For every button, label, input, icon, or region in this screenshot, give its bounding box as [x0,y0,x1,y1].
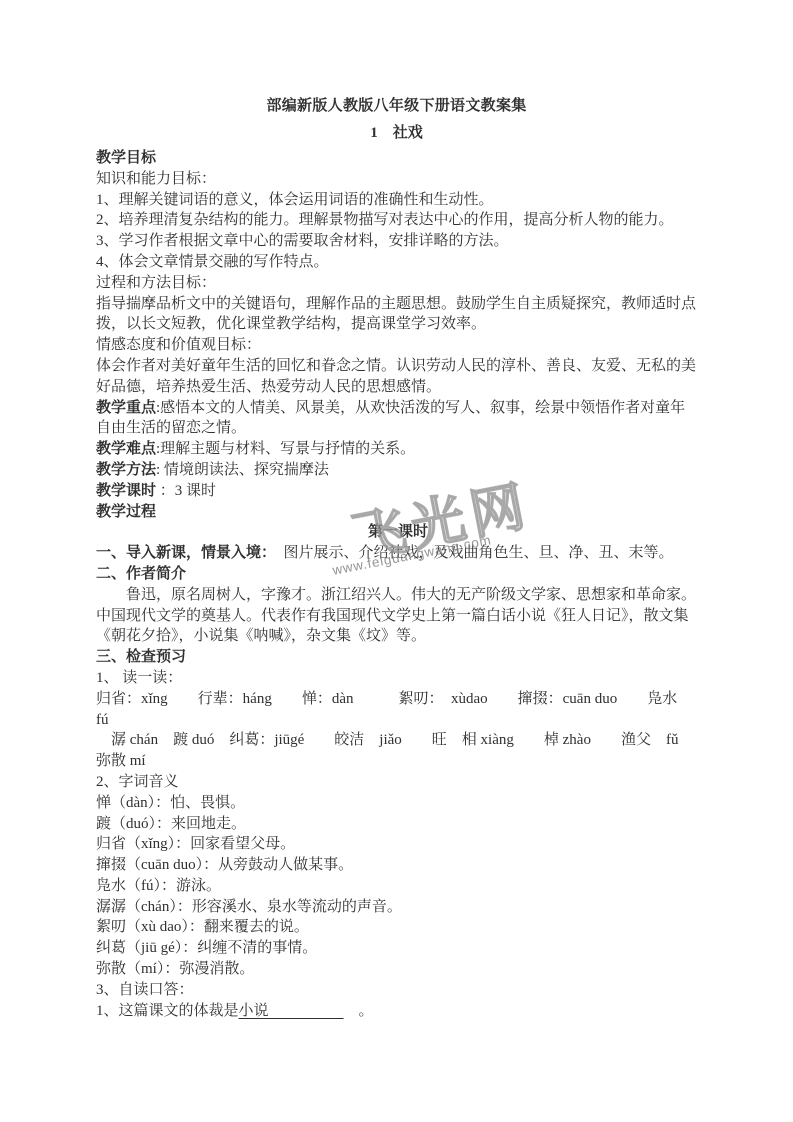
doc-line: 2、培养理清复杂结构的能力。理解景物描写对表达中心的作用，提高分析人物的能力。 [96,210,700,231]
doc-line: 教学目标 [96,148,700,169]
doc-text-segment: 鲁迅，原名周树人，字豫才。浙江绍兴人。伟大的无产阶级文学家、思想家和革命家。 [126,587,696,603]
doc-line: 纠葛（jiū gé）：纠缠不清的事情。 [96,938,700,959]
doc-text-segment: 教学目标 [96,150,156,166]
doc-line: 教学过程 [96,502,700,523]
doc-text-segment: 潺潺（chán）：形容溪水、泉水等流动的声音。 [96,899,402,915]
doc-line: 过程和方法目标： [96,273,700,294]
doc-line: 鲁迅，原名周树人，字豫才。浙江绍兴人。伟大的无产阶级文学家、思想家和革命家。 [96,585,700,606]
doc-line: 潺潺（chán）：形容溪水、泉水等流动的声音。 [96,897,700,918]
doc-text-segment: 情感态度和价值观目标： [96,337,261,353]
doc-text-segment: 絮叨（xù dao）：翻来覆去的说。 [96,919,309,935]
doc-line: 一、导入新课，情景入境： 图片展示、介绍社戏，及戏曲角色生、旦、净、丑、末等。 [96,543,700,564]
doc-line: 1、这篇课文的体裁是小说 。 [96,1001,700,1022]
doc-text-segment: 惮（dàn）：怕、畏惧。 [96,795,245,811]
doc-text-segment: 2、培养理清复杂结构的能力。理解景物描写对表达中心的作用，提高分析人物的能力。 [96,212,674,228]
doc-text-segment: 一、导入新课，情景入境： [96,545,269,561]
doc-text-segment: 3、自读口答： [96,982,194,998]
doc-line: 3、自读口答： [96,980,700,1001]
lesson-title: 1 社戏 [0,122,793,144]
doc-line: 中国现代文学的奠基人。代表作有我国现代文学史上第一篇白话小说《狂人日记》，散文集 [96,606,700,627]
doc-text-segment: ：3 课时 [156,483,216,499]
doc-text-segment: 弥散 mí [96,753,146,769]
doc-line: 指导揣摩品析文中的关键语句，理解作品的主题思想。鼓励学生自主质疑探究，教师适时点 [96,294,700,315]
doc-text-segment: 撺掇（cuān duo）：从旁鼓动人做某事。 [96,857,353,873]
doc-line: 踱（duó）：来回地走。 [96,814,700,835]
doc-text-segment: 归省：xǐng 行辈：háng 惮：dàn 絮叨： xùdao 撺掇：cuān … [96,691,677,707]
document-lines: 教学目标知识和能力目标：1、理解关键词语的意义，体会运用词语的准确性和生动性。2… [96,148,700,1021]
doc-text-segment: fú [96,712,109,728]
doc-text-segment: 体会作者对美好童年生活的回忆和眷念之情。认识劳动人民的淳朴、善良、友爱、无私的美 [96,358,696,374]
doc-text-segment: 教学课时 [96,483,156,499]
doc-line: fú [96,710,700,731]
doc-text-segment: 教学重点 [96,400,156,416]
doc-text-segment: 拨，以长文短教，优化课堂教学结构，提高课堂学习效率。 [96,316,486,332]
doc-text-segment: 4、体会文章情景交融的写作特点。 [96,254,329,270]
doc-line: 1、理解关键词语的意义，体会运用词语的准确性和生动性。 [96,190,700,211]
doc-line: 教学课时 ：3 课时 [96,481,700,502]
doc-text-segment: 知识和能力目标： [96,171,216,187]
doc-line: 三、检查预习 [96,647,700,668]
doc-text-segment: 好品德，培养热爱生活、热爱劳动人民的思想感情。 [96,379,441,395]
doc-line: 教学难点:理解主题与材料、写景与抒情的关系。 [96,439,700,460]
doc-line: 弥散 mí [96,751,700,772]
doc-line: 凫水（fú）：游泳。 [96,876,700,897]
doc-text-segment: 教学过程 [96,504,156,520]
doc-line: 《朝花夕拾》，小说集《呐喊》，杂文集《坟》等。 [96,626,700,647]
doc-text-segment: :理解主题与材料、写景与抒情的关系。 [156,441,415,457]
doc-text-segment: 1、 读一读： [96,670,182,686]
doc-text-segment: 凫水（fú）：游泳。 [96,878,221,894]
doc-line: 自由生活的留恋之情。 [96,418,700,439]
doc-line: 教学方法: 情境朗读法、探究揣摩法 [96,460,700,481]
doc-text-segment: 《朝花夕拾》，小说集《呐喊》，杂文集《坟》等。 [96,628,426,644]
doc-line: 拨，以长文短教，优化课堂教学结构，提高课堂学习效率。 [96,314,700,335]
doc-line: 二、作者简介 [96,564,700,585]
doc-line: 4、体会文章情景交融的写作特点。 [96,252,700,273]
doc-text-segment: 1、理解关键词语的意义，体会运用词语的准确性和生动性。 [96,192,494,208]
doc-text-segment: : 情境朗读法、探究揣摩法 [156,462,329,478]
doc-text-segment: 二、作者简介 [96,566,186,582]
doc-line: 情感态度和价值观目标： [96,335,700,356]
doc-line: 撺掇（cuān duo）：从旁鼓动人做某事。 [96,855,700,876]
doc-text-segment: 1、这篇课文的体裁是 [96,1003,239,1019]
doc-text-segment: :感悟本文的人情美、风景美，从欢快活泼的写人、叙事，绘景中领悟作者对童年 [156,400,685,416]
doc-line: 潺 chán 踱 duó 纠葛：jiūgé 皎洁 jiǎo 旺 相 xiàng … [96,730,700,751]
doc-line: 好品德，培养热爱生活、热爱劳动人民的思想感情。 [96,377,700,398]
doc-line: 弥散（mí）：弥漫消散。 [96,959,700,980]
doc-line: 第一课时 [96,522,700,543]
doc-text-segment: 。 [344,1003,374,1019]
doc-text-segment: 潺 chán 踱 duó 纠葛：jiūgé 皎洁 jiǎo 旺 相 xiàng … [96,732,678,748]
document-page: 部编新版人教版八年级下册语文教案集 1 社戏 教学目标知识和能力目标：1、理解关… [0,0,793,1122]
doc-text-segment: 2、字词音义 [96,774,179,790]
document-title: 部编新版人教版八年级下册语文教案集 [0,0,793,117]
doc-text-segment: 踱（duó）：来回地走。 [96,816,246,832]
doc-text-segment: 三、检查预习 [96,649,186,665]
doc-line: 归省（xǐng）：回家看望父母。 [96,834,700,855]
doc-line: 1、 读一读： [96,668,700,689]
doc-line: 絮叨（xù dao）：翻来覆去的说。 [96,917,700,938]
doc-line: 惮（dàn）：怕、畏惧。 [96,793,700,814]
doc-line: 教学重点:感悟本文的人情美、风景美，从欢快活泼的写人、叙事，绘景中领悟作者对童年 [96,398,700,419]
doc-text-segment: 第一课时 [368,524,428,540]
doc-text-segment: 自由生活的留恋之情。 [96,420,246,436]
doc-text-segment: 纠葛（jiū gé）：纠缠不清的事情。 [96,940,317,956]
doc-line: 3、学习作者根据文章中心的需要取舍材料，安排详略的方法。 [96,231,700,252]
doc-text-segment: 小说 [239,1003,344,1019]
doc-line: 2、字词音义 [96,772,700,793]
doc-line: 归省：xǐng 行辈：háng 惮：dàn 絮叨： xùdao 撺掇：cuān … [96,689,700,710]
doc-text-segment: 弥散（mí）：弥漫消散。 [96,961,254,977]
doc-text-segment: 教学方法 [96,462,156,478]
doc-text-segment: 图片展示、介绍社戏，及戏曲角色生、旦、净、丑、末等。 [269,545,674,561]
doc-text-segment: 归省（xǐng）：回家看望父母。 [96,836,295,852]
doc-text-segment: 中国现代文学的奠基人。代表作有我国现代文学史上第一篇白话小说《狂人日记》，散文集 [96,608,689,624]
doc-line: 知识和能力目标： [96,169,700,190]
doc-text-segment: 3、学习作者根据文章中心的需要取舍材料，安排详略的方法。 [96,233,509,249]
doc-text-segment: 指导揣摩品析文中的关键语句，理解作品的主题思想。鼓励学生自主质疑探究，教师适时点 [96,296,696,312]
doc-line: 体会作者对美好童年生活的回忆和眷念之情。认识劳动人民的淳朴、善良、友爱、无私的美 [96,356,700,377]
doc-text-segment: 教学难点 [96,441,156,457]
doc-text-segment: 过程和方法目标： [96,275,216,291]
